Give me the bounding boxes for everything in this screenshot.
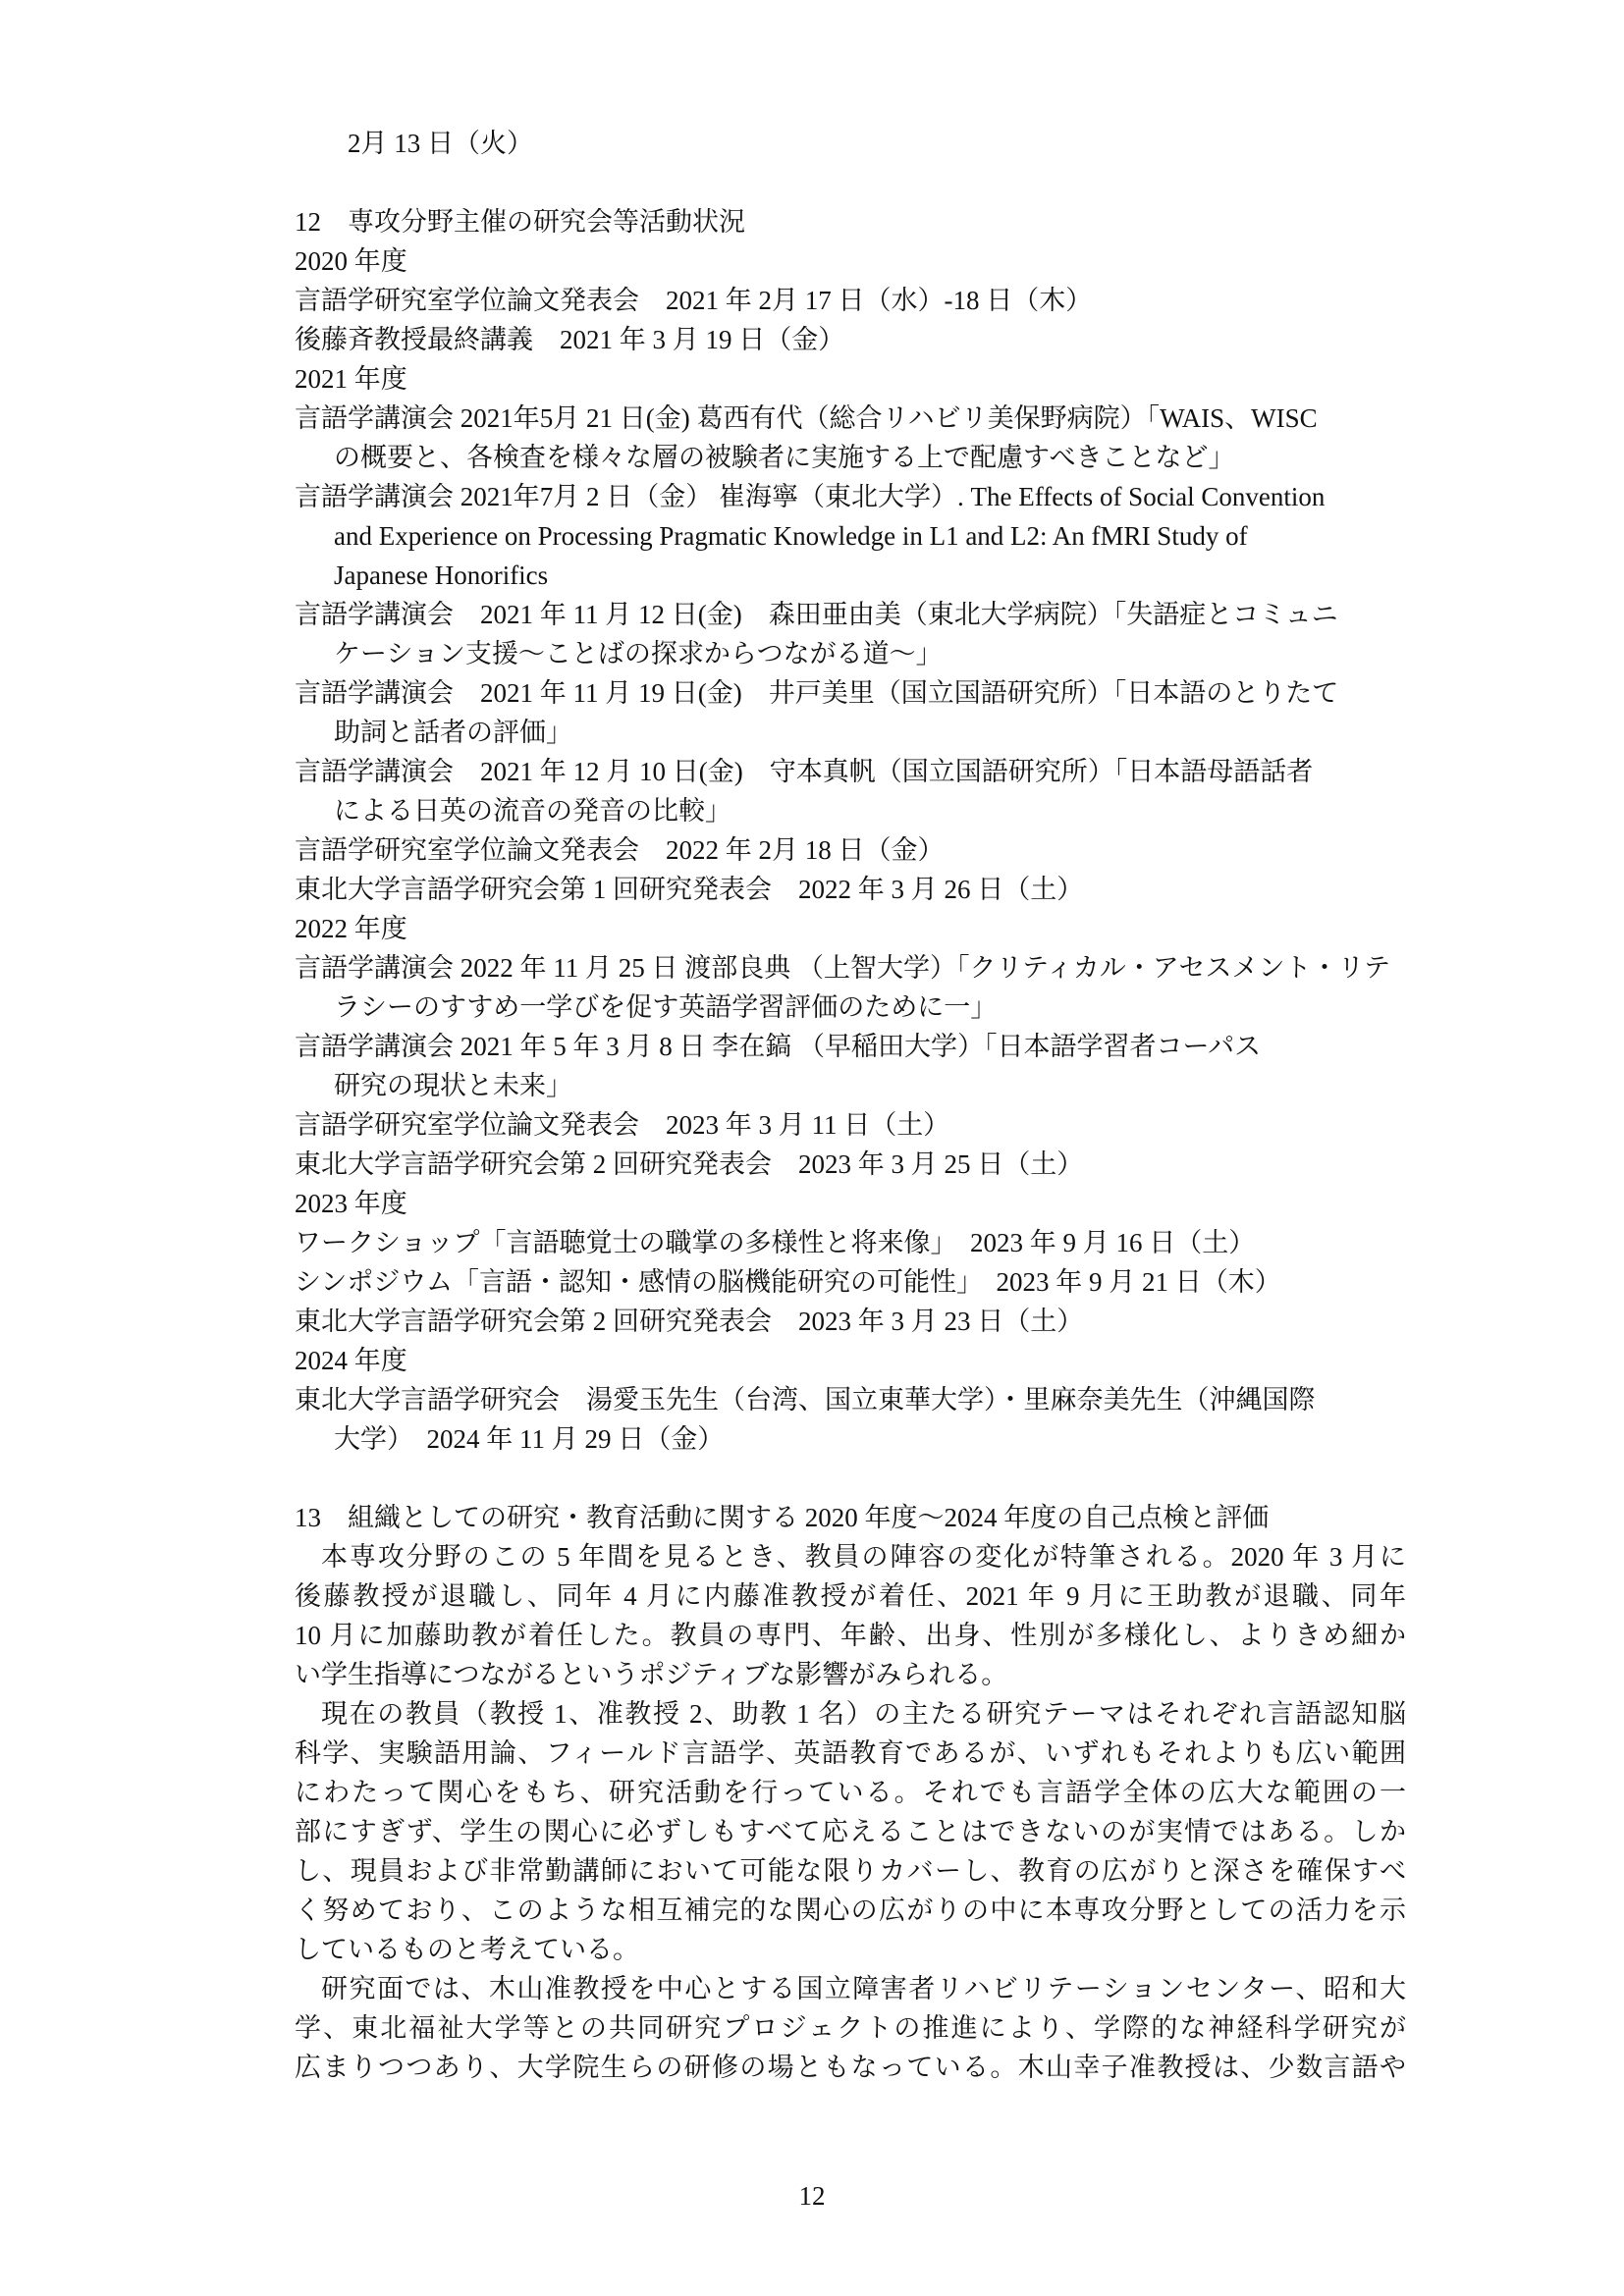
paragraph-line: 後藤教授が退職し、同年 4 月に内藤准教授が着任、2021 年 9 月に王助教が… bbox=[295, 1576, 1406, 1616]
event-entry: 言語学講演会 2021 年 11 月 19 日(金) 井戸美里（国立国語研究所）… bbox=[295, 673, 1406, 752]
paragraph-line: 学、東北福祉大学等との共同研究プロジェクトの推進により、学際的な神経科学研究が bbox=[295, 2008, 1406, 2048]
paragraph-line: 研究面では、木山准教授を中心とする国立障害者リハビリテーションセンター、昭和大 bbox=[295, 1969, 1406, 2008]
event-entry-line: 言語学講演会 2021 年 11 月 12 日(金) 森田亜由美（東北大学病院）… bbox=[295, 595, 1406, 634]
section-13-body: 本専攻分野のこの 5 年間を見るとき、教員の陣容の変化が特筆される。2020 年… bbox=[295, 1537, 1406, 2087]
event-entry: 東北大学言語学研究会 湯愛玉先生（台湾、国立東華大学）・里麻奈美先生（沖縄国際大… bbox=[295, 1380, 1406, 1459]
event-entry: 言語学講演会 2022 年 11 月 25 日 渡部良典 （上智大学）「クリティ… bbox=[295, 948, 1406, 1027]
event-entry-continuation: and Experience on Processing Pragmatic K… bbox=[295, 516, 1406, 556]
event-entry: 東北大学言語学研究会第 2 回研究発表会 2023 年 3 月 25 日（土） bbox=[295, 1145, 1406, 1184]
continued-date: 2月 13 日（火） bbox=[295, 124, 1406, 163]
event-entry: シンポジウム「言語・認知・感情の脳機能研究の可能性」 2023 年 9 月 21… bbox=[295, 1262, 1406, 1302]
event-entry-continuation: ラシーのすすめ一学びを促す英語学習評価のために一」 bbox=[295, 988, 1406, 1027]
paragraph: 研究面では、木山准教授を中心とする国立障害者リハビリテーションセンター、昭和大学… bbox=[295, 1969, 1406, 2087]
event-entry: 言語学研究室学位論文発表会 2022 年 2月 18 日（金） bbox=[295, 830, 1406, 870]
paragraph-line: し、現員および非常勤講師において可能な限りカバーし、教育の広がりと深さを確保すべ bbox=[295, 1851, 1406, 1891]
event-entry-continuation: ケーション支援～ことばの探求からつながる道～」 bbox=[295, 634, 1406, 673]
paragraph-line: 現在の教員（教授 1、准教授 2、助教 1 名）の主たる研究テーマはそれぞれ言語… bbox=[295, 1694, 1406, 1734]
event-entry-line: 東北大学言語学研究会第 1 回研究発表会 2022 年 3 月 26 日（土） bbox=[295, 870, 1406, 909]
fiscal-year-label: 2021 年度 bbox=[295, 359, 1406, 399]
event-entry-line: 言語学講演会 2021 年 5 年 3 月 8 日 李在鎬 （早稲田大学）「日本… bbox=[295, 1027, 1406, 1066]
event-entry-line: 言語学講演会 2021年5月 21 日(金) 葛西有代（総合リハビリ美保野病院）… bbox=[295, 399, 1406, 438]
event-entry: 言語学講演会 2021年7月 2 日（金） 崔海寧（東北大学）. The Eff… bbox=[295, 477, 1406, 595]
paragraph-line: 部にすぎず、学生の関心に必ずしもすべて応えることはできないのが実情ではある。しか bbox=[295, 1812, 1406, 1851]
event-entry: 言語学講演会 2021 年 11 月 12 日(金) 森田亜由美（東北大学病院）… bbox=[295, 595, 1406, 673]
event-entry-line: 言語学講演会 2021年7月 2 日（金） 崔海寧（東北大学）. The Eff… bbox=[295, 477, 1406, 516]
event-entry-line: 言語学講演会 2021 年 12 月 10 日(金) 守本真帆（国立国語研究所）… bbox=[295, 752, 1406, 791]
paragraph-line: 本専攻分野のこの 5 年間を見るとき、教員の陣容の変化が特筆される。2020 年… bbox=[295, 1537, 1406, 1576]
event-entry: 言語学講演会 2021 年 5 年 3 月 8 日 李在鎬 （早稲田大学）「日本… bbox=[295, 1027, 1406, 1105]
fiscal-year-label: 2020 年度 bbox=[295, 241, 1406, 281]
event-entry: 言語学研究室学位論文発表会 2021 年 2月 17 日（水）-18 日（木） bbox=[295, 281, 1406, 320]
paragraph-line: 10 月に加藤助教が着任した。教員の専門、年齢、出身、性別が多様化し、よりきめ細… bbox=[295, 1616, 1406, 1655]
paragraph: 本専攻分野のこの 5 年間を見るとき、教員の陣容の変化が特筆される。2020 年… bbox=[295, 1537, 1406, 1694]
paragraph-line: にわたって関心をもち、研究活動を行っている。それでも言語学全体の広大な範囲の一 bbox=[295, 1773, 1406, 1812]
event-entry-line: 東北大学言語学研究会第 2 回研究発表会 2023 年 3 月 25 日（土） bbox=[295, 1145, 1406, 1184]
event-entry-continuation: 研究の現状と未来」 bbox=[295, 1066, 1406, 1105]
event-entry: 言語学講演会 2021年5月 21 日(金) 葛西有代（総合リハビリ美保野病院）… bbox=[295, 399, 1406, 477]
event-entry-continuation: Japanese Honorifics bbox=[295, 556, 1406, 595]
fiscal-year-label: 2024 年度 bbox=[295, 1341, 1406, 1380]
spacer bbox=[295, 163, 1406, 202]
event-entry-line: 言語学研究室学位論文発表会 2021 年 2月 17 日（水）-18 日（木） bbox=[295, 281, 1406, 320]
fiscal-year-label: 2023 年度 bbox=[295, 1184, 1406, 1223]
event-entry-line: シンポジウム「言語・認知・感情の脳機能研究の可能性」 2023 年 9 月 21… bbox=[295, 1262, 1406, 1302]
event-entry-continuation: の概要と、各検査を様々な層の被験者に実施する上で配慮すべきことなど」 bbox=[295, 438, 1406, 477]
event-entry-continuation: 大学） 2024 年 11 月 29 日（金） bbox=[295, 1419, 1406, 1459]
event-entry-line: ワークショップ「言語聴覚士の職掌の多様性と将来像」 2023 年 9 月 16 … bbox=[295, 1223, 1406, 1262]
event-entry-line: 東北大学言語学研究会第 2 回研究発表会 2023 年 3 月 23 日（土） bbox=[295, 1302, 1406, 1341]
event-entry-continuation: による日英の流音の発音の比較」 bbox=[295, 791, 1406, 830]
event-entry-continuation: 助詞と話者の評価」 bbox=[295, 713, 1406, 752]
paragraph-line: 広まりつつあり、大学院生らの研修の場ともなっている。木山幸子准教授は、少数言語や bbox=[295, 2048, 1406, 2087]
event-entry: 言語学講演会 2021 年 12 月 10 日(金) 守本真帆（国立国語研究所）… bbox=[295, 752, 1406, 830]
event-entry: 東北大学言語学研究会第 1 回研究発表会 2022 年 3 月 26 日（土） bbox=[295, 870, 1406, 909]
event-entry: ワークショップ「言語聴覚士の職掌の多様性と将来像」 2023 年 9 月 16 … bbox=[295, 1223, 1406, 1262]
event-entry: 東北大学言語学研究会第 2 回研究発表会 2023 年 3 月 23 日（土） bbox=[295, 1302, 1406, 1341]
paragraph-line: しているものと考えている。 bbox=[295, 1930, 1406, 1969]
event-entry: 後藤斉教授最終講義 2021 年 3 月 19 日（金） bbox=[295, 320, 1406, 359]
event-entry: 言語学研究室学位論文発表会 2023 年 3 月 11 日（土） bbox=[295, 1105, 1406, 1145]
page-number: 12 bbox=[0, 2181, 1624, 2212]
section-13-heading: 13 組織としての研究・教育活動に関する 2020 年度～2024 年度の自己点… bbox=[295, 1498, 1406, 1537]
paragraph: 現在の教員（教授 1、准教授 2、助教 1 名）の主たる研究テーマはそれぞれ言語… bbox=[295, 1694, 1406, 1969]
event-entry-line: 言語学研究室学位論文発表会 2022 年 2月 18 日（金） bbox=[295, 830, 1406, 870]
event-entry-line: 東北大学言語学研究会 湯愛玉先生（台湾、国立東華大学）・里麻奈美先生（沖縄国際 bbox=[295, 1380, 1406, 1419]
section-12-body: 2020 年度言語学研究室学位論文発表会 2021 年 2月 17 日（水）-1… bbox=[295, 241, 1406, 1459]
spacer bbox=[295, 1459, 1406, 1498]
document-page: 2月 13 日（火） 12 専攻分野主催の研究会等活動状況 2020 年度言語学… bbox=[295, 124, 1406, 2087]
paragraph-line: く努めており、このような相互補完的な関心の広がりの中に本専攻分野としての活力を示 bbox=[295, 1891, 1406, 1930]
event-entry-line: 言語学講演会 2021 年 11 月 19 日(金) 井戸美里（国立国語研究所）… bbox=[295, 673, 1406, 713]
section-12-heading: 12 専攻分野主催の研究会等活動状況 bbox=[295, 202, 1406, 241]
event-entry-line: 後藤斉教授最終講義 2021 年 3 月 19 日（金） bbox=[295, 320, 1406, 359]
fiscal-year-label: 2022 年度 bbox=[295, 909, 1406, 948]
paragraph-line: 科学、実験語用論、フィールド言語学、英語教育であるが、いずれもそれよりも広い範囲 bbox=[295, 1734, 1406, 1773]
event-entry-line: 言語学研究室学位論文発表会 2023 年 3 月 11 日（土） bbox=[295, 1105, 1406, 1145]
event-entry-line: 言語学講演会 2022 年 11 月 25 日 渡部良典 （上智大学）「クリティ… bbox=[295, 948, 1406, 988]
paragraph-line: い学生指導につながるというポジティブな影響がみられる。 bbox=[295, 1655, 1406, 1694]
